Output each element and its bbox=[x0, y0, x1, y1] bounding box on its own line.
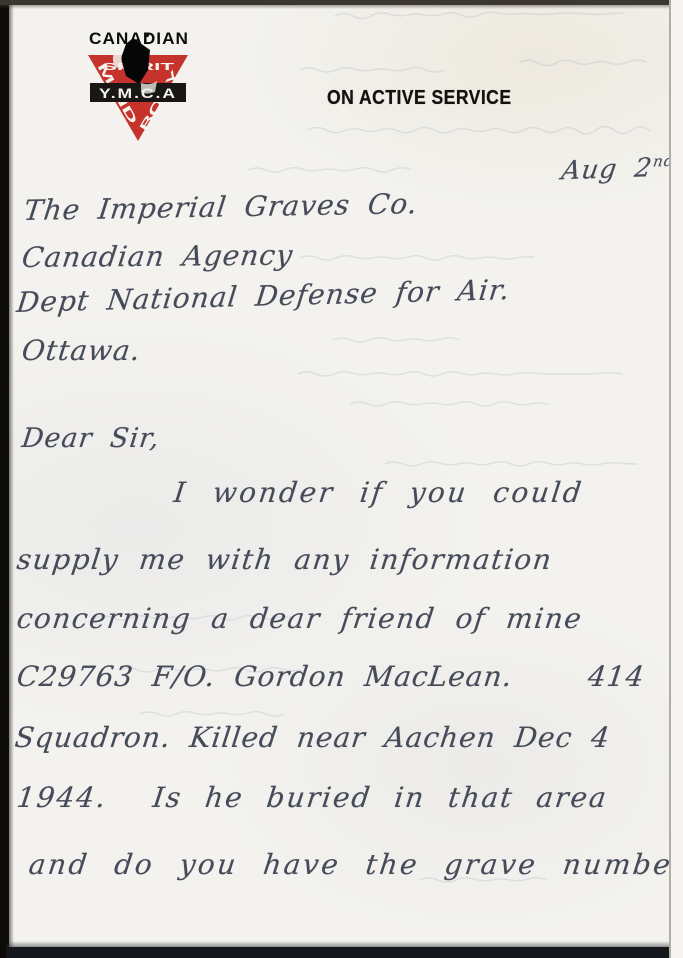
body-line: supply me with any information bbox=[15, 543, 554, 576]
body-line: concerning a dear friend of mine bbox=[15, 602, 585, 635]
body-line: C29763 F/O. Gordon MacLean. 414 bbox=[15, 660, 647, 693]
letter-page: CANADIAN SPIRIT MIND BODY Y.M.C.A ON ACT… bbox=[0, 0, 683, 958]
scan-edge-left bbox=[0, 0, 9, 958]
scan-edge-right bbox=[671, 0, 683, 958]
scan-edge-top-shadow bbox=[0, 5, 683, 9]
address-line: Ottawa. bbox=[20, 334, 143, 367]
on-active-service-stamp: ON ACTIVE SERVICE bbox=[327, 87, 511, 110]
ymca-logo: CANADIAN SPIRIT MIND BODY Y.M.C.A bbox=[80, 26, 200, 151]
scan-edge-bottom bbox=[6, 947, 683, 958]
address-line: The Imperial Graves Co. bbox=[22, 187, 420, 227]
page-edge-line bbox=[669, 0, 671, 958]
body-line: and do you have the grave number bbox=[27, 848, 683, 881]
address-line: Canadian Agency bbox=[20, 239, 295, 274]
scan-edge-left-shadow bbox=[9, 0, 14, 958]
ink-speck bbox=[145, 33, 149, 37]
date-prefix: Aug 2 bbox=[560, 153, 655, 186]
body-line: 1944. Is he buried in that area bbox=[15, 781, 610, 814]
letter-date: Aug 2nd/46. bbox=[486, 120, 683, 219]
salutation: Dear Sir, bbox=[20, 423, 162, 454]
body-line: I wonder if you could bbox=[172, 476, 585, 509]
body-line: Squadron. Killed near Aachen Dec 4 bbox=[13, 721, 612, 754]
ymca-band-text: Y.M.C.A bbox=[99, 86, 177, 101]
